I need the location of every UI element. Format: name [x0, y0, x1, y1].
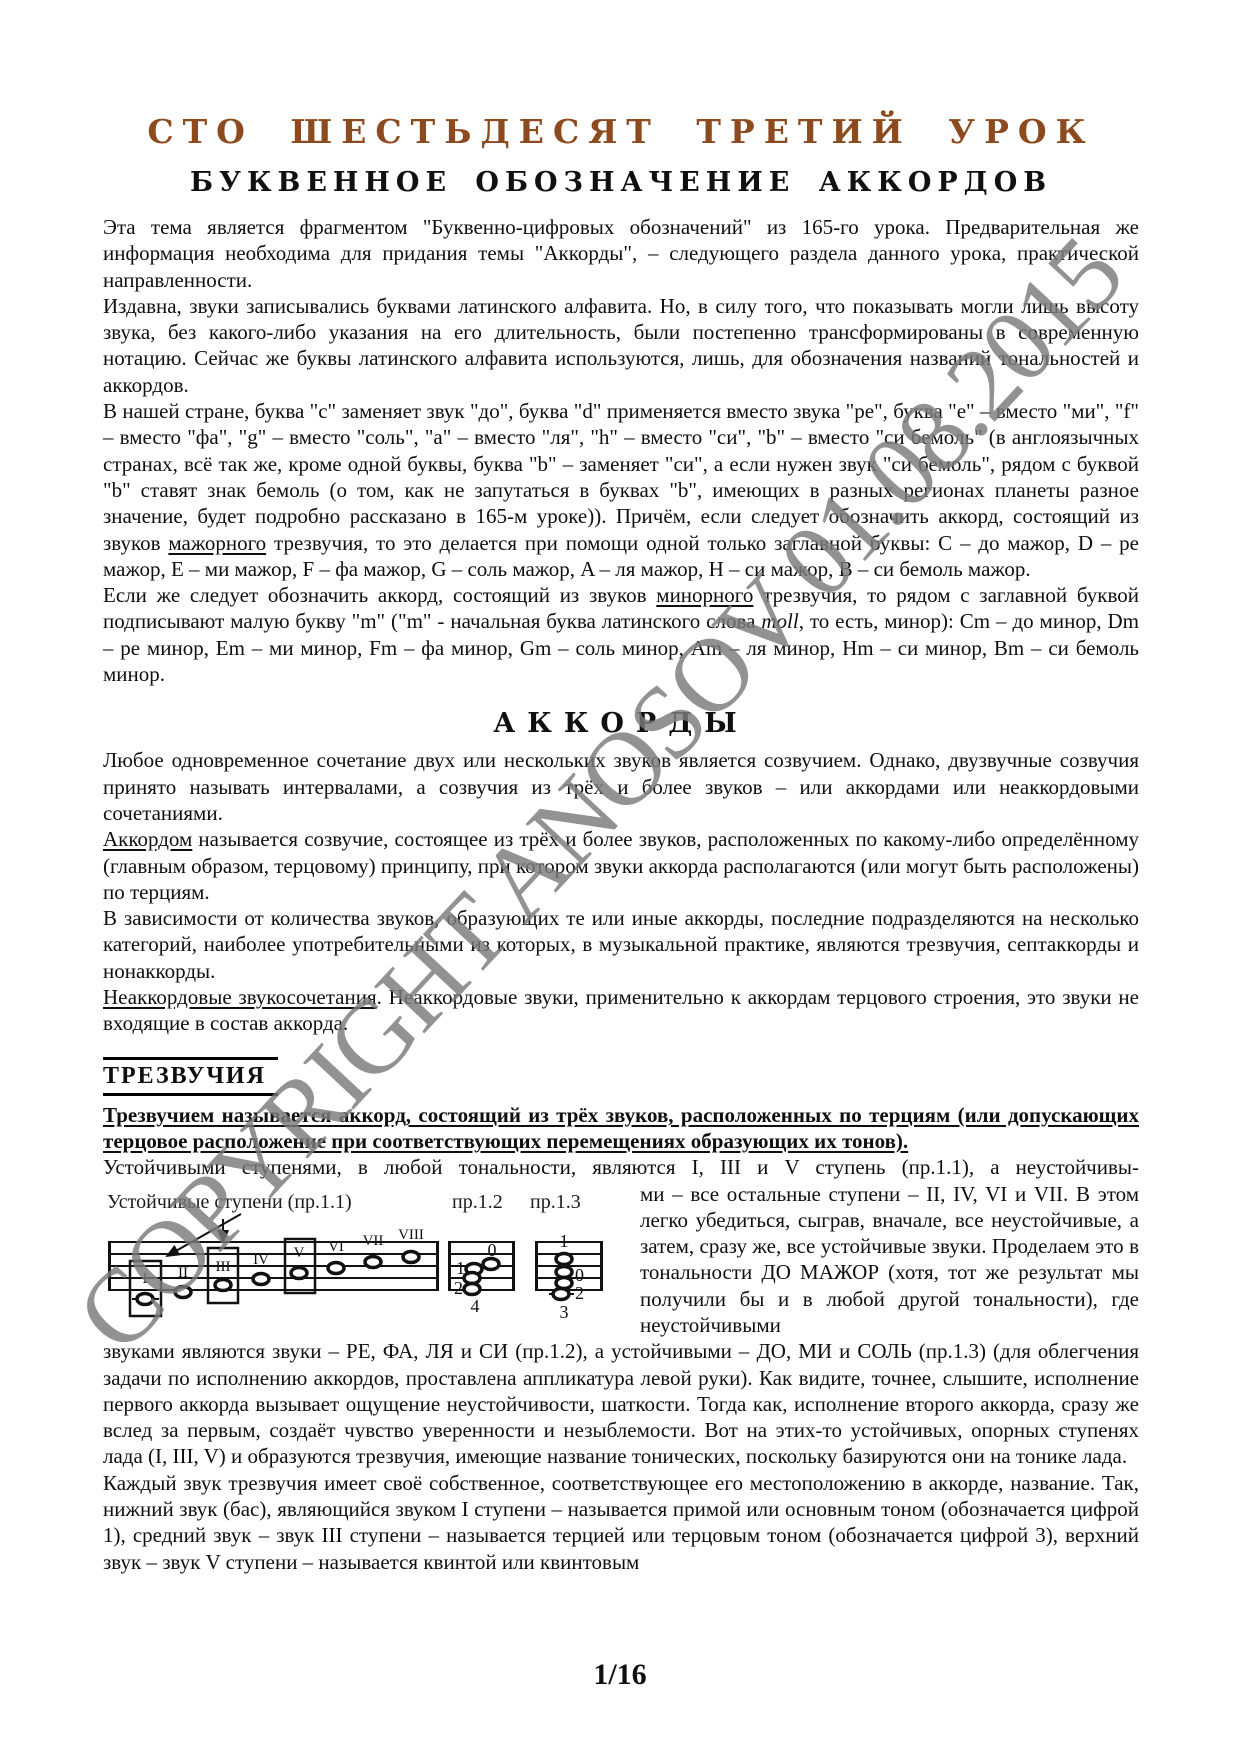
- text-segment: называется созвучие, состоящее из трёх и…: [103, 827, 1139, 904]
- section-heading-triads: ТРЕЗВУЧИЯ: [103, 1057, 1139, 1096]
- underlined-term-minor: минорного: [656, 583, 753, 607]
- note-head-sol: [556, 1253, 572, 1264]
- note-head-degree-VI: [328, 1262, 344, 1273]
- triads-heading-text: ТРЕЗВУЧИЯ: [103, 1057, 278, 1096]
- staff-example-1-3: 1 0 2 3: [535, 1231, 603, 1322]
- paragraph-letter-mapping: В нашей стране, буква "c" заменяет звук …: [103, 398, 1139, 582]
- fingering-4: 4: [471, 1296, 480, 1316]
- music-notation-svg: Устойчивые ступени (пр.1.1) пр.1.2 пр.1.…: [103, 1181, 627, 1331]
- paragraph-nonchord-sounds: Неаккордовые звукосочетания. Неаккордовы…: [103, 984, 1139, 1037]
- paragraph-consonance: Любое одновременное сочетание двух или н…: [103, 747, 1139, 826]
- roman-numeral-I: I: [143, 1271, 148, 1287]
- paragraph-triad-definition: Трезвучием называется аккорд, состоящий …: [103, 1102, 1139, 1155]
- caption-arrow-to-degree-I: [167, 1214, 241, 1256]
- note-head-degree-III: [215, 1279, 231, 1290]
- paragraph-chord-categories: В зависимости от количества звуков, обра…: [103, 905, 1139, 984]
- paragraph-latin-letters: Издавна, звуки записывались буквами лати…: [103, 293, 1139, 398]
- underlined-term-major: мажорного: [168, 531, 266, 555]
- note-head-degree-IV: [253, 1273, 269, 1284]
- paragraph-below-figure: звуками являются звуки – РЕ, ФА, ЛЯ и СИ…: [103, 1338, 1139, 1469]
- figure-and-text-row: Устойчивые ступени (пр.1.1) пр.1.2 пр.1.…: [103, 1181, 1139, 1339]
- stable-degree-box-I: [130, 1261, 161, 1316]
- note-head-do-low: [553, 1288, 569, 1299]
- section-heading-chords: АККОРДЫ: [103, 707, 1139, 741]
- fingering-2: 2: [454, 1278, 463, 1298]
- fingering-0: 0: [488, 1240, 497, 1260]
- note-head-degree-V: [291, 1267, 307, 1278]
- roman-numeral-V: V: [294, 1245, 305, 1261]
- document-page: СТО ШЕСТЬДЕСЯТ ТРЕТИЙ УРОК БУКВЕННОЕ ОБО…: [0, 0, 1240, 1754]
- italic-term-moll: moll: [761, 609, 798, 633]
- fingering-0: 0: [575, 1265, 584, 1285]
- note-head-degree-I: [137, 1293, 153, 1304]
- note-head-degree-VIII: [403, 1251, 419, 1262]
- fingering-3: 3: [560, 1302, 569, 1322]
- figure-caption-example-1-2: пр.1.2: [452, 1191, 503, 1213]
- paragraph-chord-definition: Аккордом называется созвучие, состоящее …: [103, 826, 1139, 905]
- stable-degree-box-III: [208, 1248, 238, 1303]
- paragraph-beside-figure: ми – все остальные ступени – II, IV, VI …: [627, 1181, 1139, 1339]
- figure-caption-example-1-3: пр.1.3: [530, 1191, 581, 1213]
- roman-numeral-VIII: VIII: [398, 1227, 424, 1243]
- page-content: СТО ШЕСТЬДЕСЯТ ТРЕТИЙ УРОК БУКВЕННОЕ ОБО…: [103, 0, 1139, 1575]
- section-heading-letter-notation: БУКВЕННОЕ ОБОЗНАЧЕНИЕ АККОРДОВ: [103, 166, 1139, 200]
- note-head-degree-VII: [365, 1256, 381, 1267]
- note-head-re: [464, 1283, 480, 1294]
- page-title: СТО ШЕСТЬДЕСЯТ ТРЕТИЙ УРОК: [103, 112, 1139, 152]
- page-number: 1/16: [0, 1658, 1240, 1692]
- note-head-do: [556, 1277, 572, 1288]
- roman-numeral-II: II: [178, 1265, 188, 1281]
- text-segment: Если же следует обозначить аккорд, состо…: [103, 583, 656, 607]
- underlined-term-nonchord: Неаккордовые звукосочетания: [103, 985, 377, 1009]
- fingering-1: 1: [560, 1231, 569, 1251]
- note-head-si: [483, 1258, 499, 1269]
- note-head-degree-II: [175, 1286, 191, 1297]
- fingering-1: 1: [456, 1258, 465, 1278]
- paragraph-intro: Эта тема является фрагментом "Буквенно-ц…: [103, 214, 1139, 293]
- paragraph-minor-chords: Если же следует обозначить аккорд, состо…: [103, 582, 1139, 687]
- paragraph-stable-degrees-line: Устойчивыми ступенями, в любой тональнос…: [103, 1154, 1139, 1180]
- staff-example-1-2: 0 1 2 4: [448, 1240, 515, 1316]
- staff-example-1-1: I II III IV V VI VII VIII: [108, 1214, 439, 1316]
- roman-numeral-IV: IV: [253, 1252, 269, 1268]
- figure-caption-stable-degrees: Устойчивые ступени (пр.1.1): [107, 1191, 352, 1213]
- roman-numeral-VII: VII: [363, 1233, 384, 1249]
- underlined-term-chord: Аккордом: [103, 827, 192, 851]
- roman-numeral-III: III: [216, 1259, 231, 1275]
- music-notation-figure: Устойчивые ступени (пр.1.1) пр.1.2 пр.1.…: [103, 1181, 627, 1336]
- roman-numeral-VI: VI: [328, 1239, 344, 1255]
- paragraph-triad-tone-names: Каждый звук трезвучия имеет своё собстве…: [103, 1470, 1139, 1575]
- fingering-2: 2: [575, 1283, 584, 1303]
